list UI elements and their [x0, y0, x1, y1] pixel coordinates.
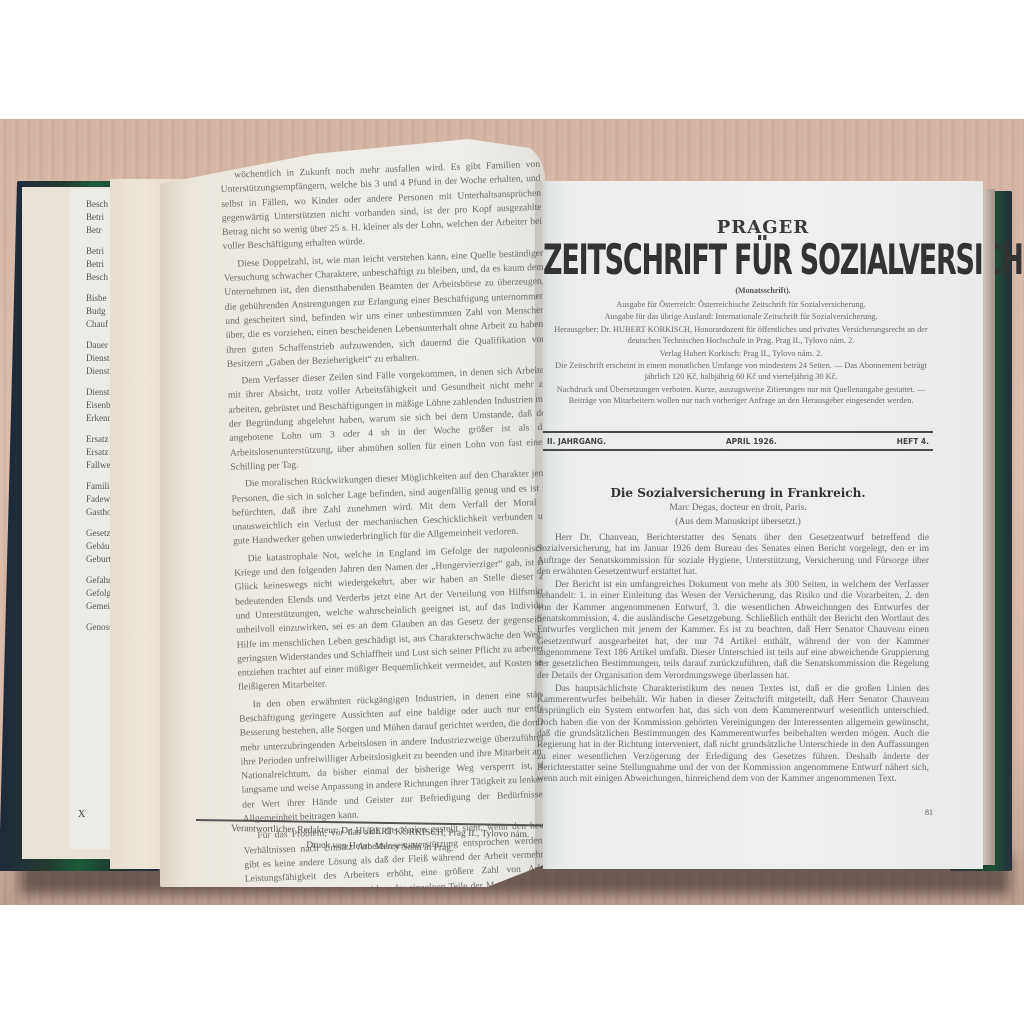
article-body: Herr Dr. Chauveau, Berichterstatter des …: [537, 533, 929, 788]
imprint-line: Nachdruck und Übersetzungen verboten. Ku…: [549, 384, 933, 407]
imprint: Ausgabe für Österreich: Österreichische …: [549, 299, 933, 408]
masthead-title: ZEITSCHRIFT FÜR SOZIALVERSICHERUNG: [543, 237, 983, 285]
article-author: Marc Degas, docteur en droit, Paris.: [543, 503, 933, 513]
paragraph: Die katastrophale Not, welche in England…: [233, 541, 558, 695]
paragraph: wöchentlich in Zukunft noch mehr ausfall…: [220, 158, 543, 255]
paragraph: Diese Doppelzahl, ist, wie man leicht ve…: [223, 247, 547, 372]
imprint-line: Die Zeitschrift erscheint in einem monat…: [549, 360, 933, 383]
photograph: BeschBetriBetrBetriBetriBeschBisbeBudgCh…: [0, 119, 1024, 905]
article-note: (Aus dem Manuskript übersetzt.): [543, 517, 933, 527]
paragraph: Die moralischen Rückwirkungen dieser Mög…: [231, 467, 553, 550]
volume-label: II. JAHRGANG.: [547, 437, 606, 446]
paragraph: In den oben erwähnten rückgängigen Indus…: [238, 687, 562, 827]
issue-bar: II. JAHRGANG. APRIL 1926. HEFT 4.: [543, 431, 933, 451]
imprint-line: Ausgabe für das übrige Ausland: Internat…: [549, 311, 933, 322]
issue-date: APRIL 1926.: [726, 437, 777, 446]
paragraph: Herr Dr. Chauveau, Berichterstatter des …: [537, 533, 929, 578]
gutter-shadow: [535, 181, 549, 869]
issue-number: HEFT 4.: [897, 437, 929, 446]
masthead-prefix: PRAGER: [543, 217, 983, 238]
masthead-subtitle: (Monatsschrift).: [543, 286, 983, 295]
left-page-body: wöchentlich in Zukunft noch mehr ausfall…: [220, 158, 567, 905]
right-page: PRAGER ZEITSCHRIFT FÜR SOZIALVERSICHERUN…: [543, 181, 983, 869]
imprint-line: Verlag Hubert Korkisch: Prag II., Tylovo…: [549, 348, 933, 359]
imprint-line: Herausgeber: Dr. HUBERT KORKISCH, Honora…: [549, 324, 933, 347]
right-page-edges: [983, 189, 995, 865]
paragraph: Das hauptsächlichste Charakteristikum de…: [537, 684, 929, 786]
page-number: 81: [925, 808, 933, 817]
left-page: wöchentlich in Zukunft noch mehr ausfall…: [160, 139, 545, 887]
article-title: Die Sozialversicherung in Frankreich.: [543, 486, 933, 500]
paragraph: Der Bericht ist ein umfangreiches Dokume…: [537, 580, 929, 682]
index-footer-mark: X: [78, 809, 85, 820]
imprint-line: Ausgabe für Österreich: Österreichische …: [549, 299, 933, 310]
paragraph: Dem Verfasser dieser Zeilen sind Fälle v…: [227, 364, 550, 475]
